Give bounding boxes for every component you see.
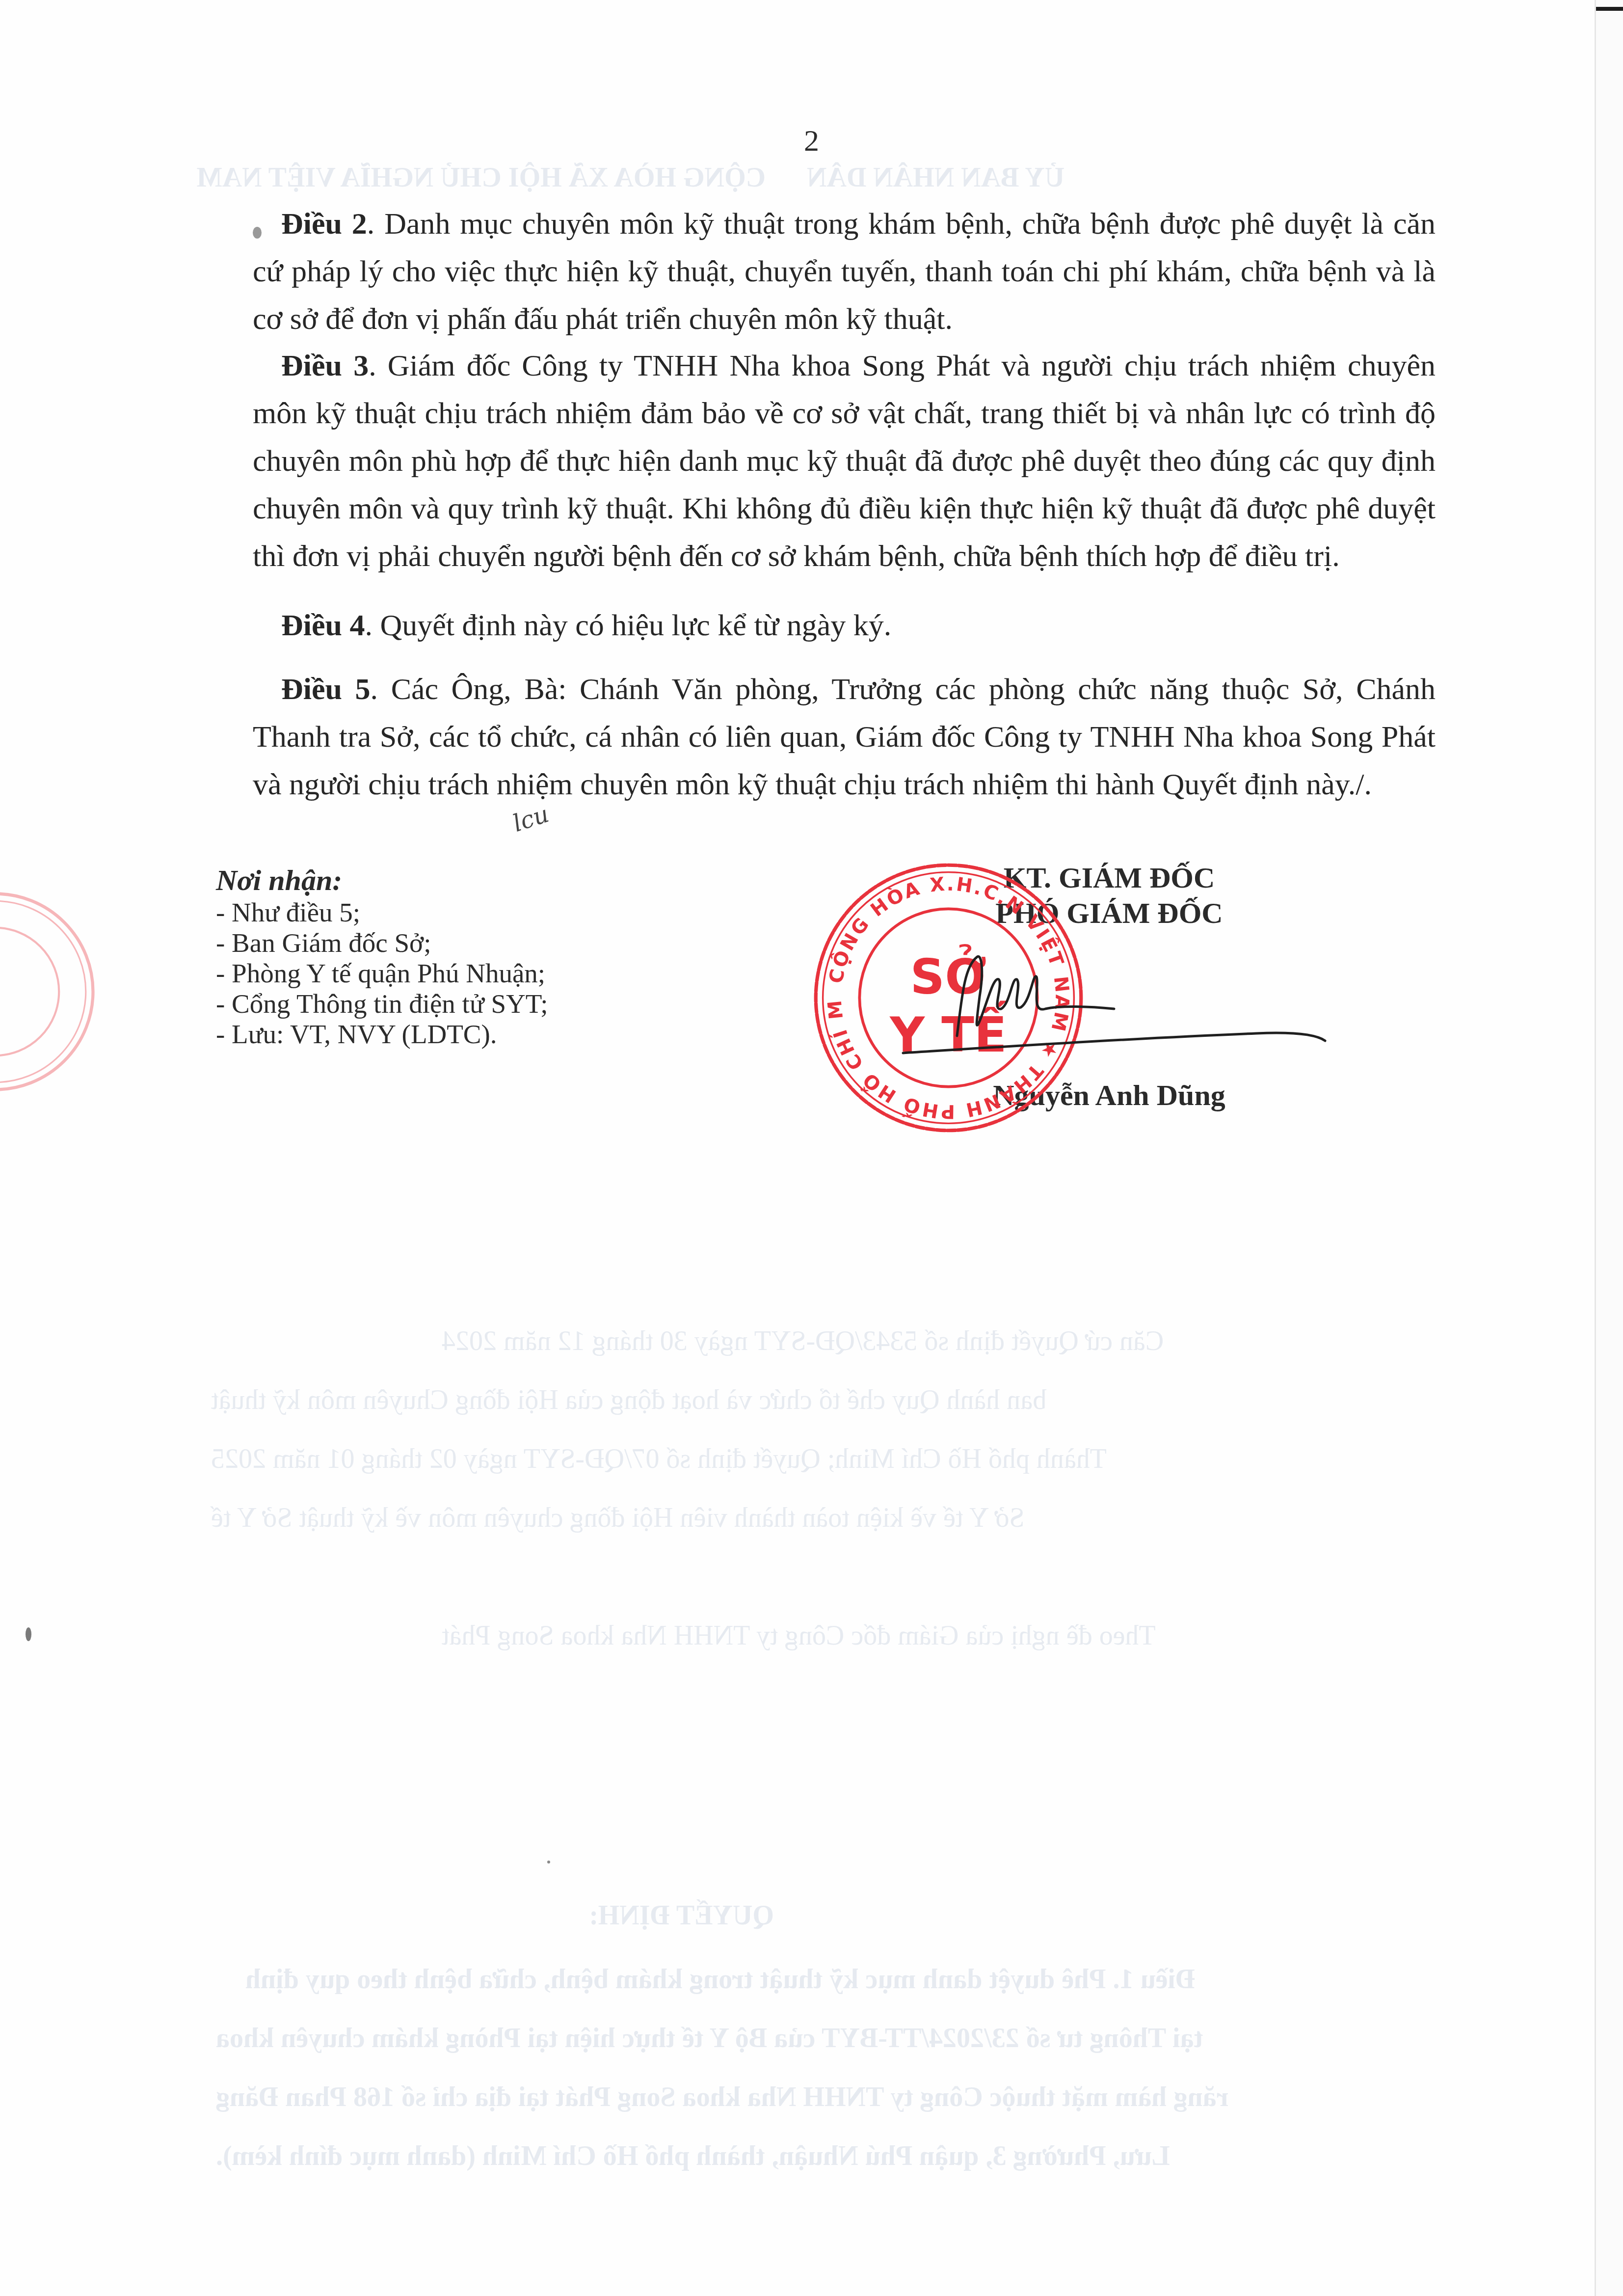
scan-speck bbox=[253, 227, 262, 239]
article-text: . Các Ông, Bà: Chánh Văn phòng, Trưởng c… bbox=[253, 673, 1436, 801]
recipient-item: - Cổng Thông tin điện tử SYT; bbox=[216, 989, 548, 1019]
document-page: ỦY BAN NHÂN DÂN CỘNG HÒA XÃ HỘI CHỦ NGHĨ… bbox=[0, 0, 1623, 2296]
article-2: Điều 2. Danh mục chuyên môn kỹ thuật tro… bbox=[253, 200, 1436, 343]
article-label: Điều 2 bbox=[281, 207, 367, 241]
article-label: Điều 4 bbox=[281, 609, 365, 642]
scan-speck bbox=[26, 1627, 31, 1641]
article-text: . Giám đốc Công ty TNHH Nha khoa Song Ph… bbox=[253, 349, 1436, 573]
article-3: Điều 3. Giám đốc Công ty TNHH Nha khoa S… bbox=[253, 342, 1436, 580]
recipients-title: Nơi nhận: bbox=[216, 865, 548, 895]
recipient-item: - Như điều 5; bbox=[216, 897, 548, 928]
handwritten-signature bbox=[883, 923, 1374, 1070]
recipient-item: - Lưu: VT, NVY (LDTC). bbox=[216, 1019, 548, 1050]
article-label: Điều 5 bbox=[281, 673, 371, 706]
recipients-block: Nơi nhận: - Như điều 5; - Ban Giám đốc S… bbox=[216, 865, 548, 1050]
article-5: Điều 5. Các Ông, Bà: Chánh Văn phòng, Tr… bbox=[253, 666, 1436, 809]
partial-stamp-mark bbox=[0, 889, 98, 1095]
article-text: . Danh mục chuyên môn kỹ thuật trong khá… bbox=[253, 207, 1436, 336]
article-text: . Quyết định này có hiệu lực kể từ ngày … bbox=[365, 609, 892, 642]
page-number: 2 bbox=[0, 124, 1623, 159]
recipient-item: - Ban Giám đốc Sở; bbox=[216, 928, 548, 958]
article-4: Điều 4. Quyết định này có hiệu lực kể từ… bbox=[253, 602, 1436, 649]
scan-speck bbox=[547, 1861, 550, 1864]
recipient-item: - Phòng Y tế quận Phú Nhuận; bbox=[216, 958, 548, 989]
article-label: Điều 3 bbox=[281, 349, 369, 382]
scan-edge bbox=[1595, 0, 1623, 2296]
